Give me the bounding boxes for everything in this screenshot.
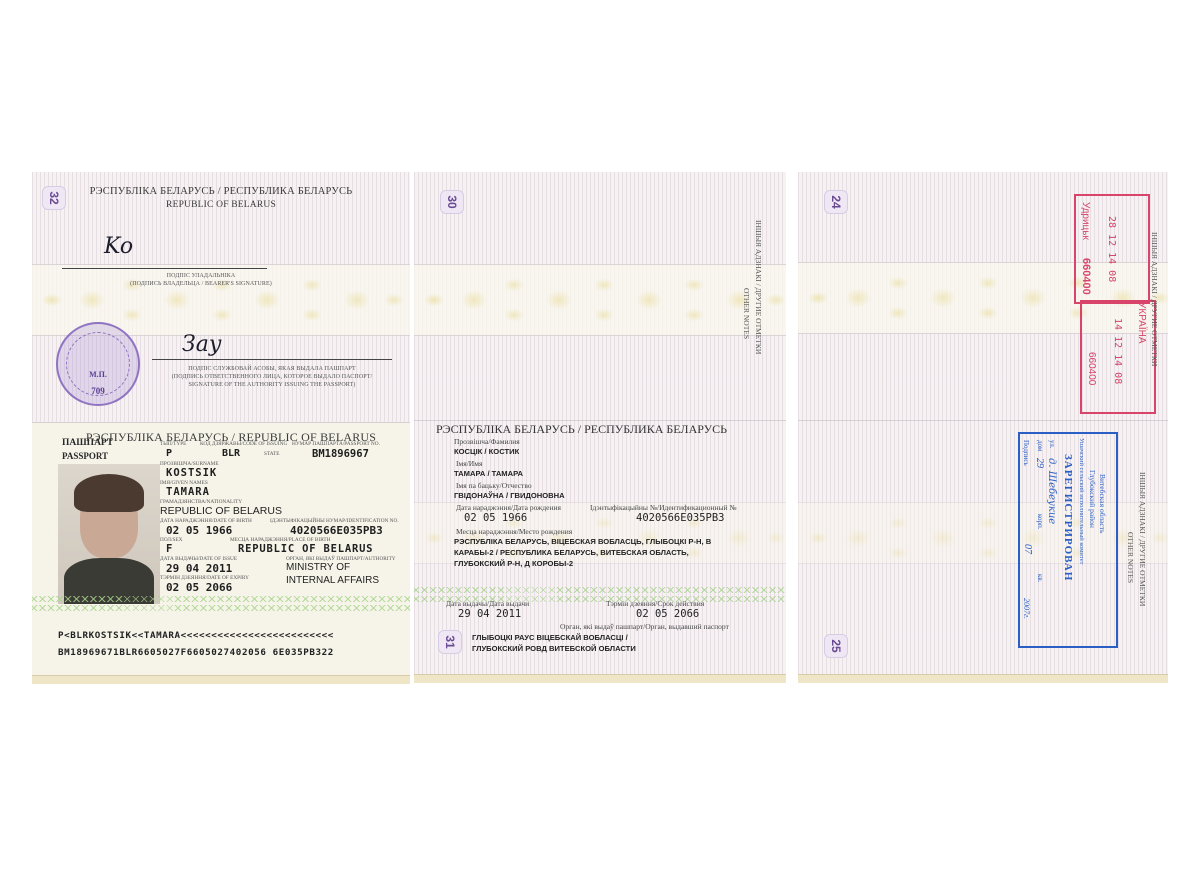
reg-house: 29 <box>1034 458 1045 468</box>
other-notes-en: OTHER NOTES <box>1126 532 1135 583</box>
reg-year: 2007г. <box>1022 598 1031 619</box>
entry-stamp: Удрицьк 660400 28 12 14 08 <box>1074 194 1150 304</box>
reg-region: Витебская область <box>1098 474 1107 533</box>
authority-line-2: INTERNAL AFFAIRS <box>286 575 379 586</box>
date-of-birth: 02 05 1966 <box>166 524 232 537</box>
place-of-birth-3: ГЛУБОКСКИЙ Р-Н, Д КОРОБЫ-2 <box>454 559 573 568</box>
page-number-31: 31 <box>438 630 462 654</box>
date-of-issue: 29 04 2011 <box>166 562 232 575</box>
identification-number: 4020566E035PB3 <box>290 524 383 537</box>
reg-title: ЗАРЕГИСТРИРОВАН <box>1062 454 1074 581</box>
nationality: REPUBLIC OF BELARUS <box>160 505 282 517</box>
mrz-line-1: P<BLRKOSTSIK<<TAMARA<<<<<<<<<<<<<<<<<<<<… <box>58 630 334 641</box>
passport-page-30-31: 30 ІНШЫЯ АДЗНАКІ / ДРУГИЕ ОТМЕТКИ OTHER … <box>414 172 786 683</box>
data-page-header: РЭСПУБЛІКА БЕЛАРУСЬ / РЕСПУБЛИКА БЕЛАРУС… <box>436 422 727 437</box>
page-number-24: 24 <box>824 190 848 214</box>
authority-sig-label-1: ПОДПІС СЛУЖБОВАЙ АСОБЫ, ЯКАЯ ВЫДАЛА ПАШП… <box>152 366 392 372</box>
reg-date: 07 <box>1022 544 1033 554</box>
identification-number: 4020566E035PB3 <box>636 512 725 524</box>
sex: F <box>166 543 172 555</box>
bearer-signature-line <box>62 268 267 269</box>
issuing-authority-1: ГЛЫБОЦКІ РАУС ВІЦЕБСКАЙ ВОБЛАСЦІ / <box>472 633 628 642</box>
place-of-birth-1: РЭСПУБЛІКА БЕЛАРУСЬ, ВІЦЕБСКАЯ ВОБЛАСЦЬ,… <box>454 537 711 546</box>
patronymic: ГВІДОНАЎНА / ГВИДОНОВНА <box>454 491 565 500</box>
given-names: TAMARA <box>166 486 210 498</box>
other-notes-by-ru: ІНШЫЯ АДЗНАКІ / ДРУГИЕ ОТМЕТКИ <box>754 220 763 354</box>
issuing-authority-2: ГЛУБОКСКИЙ РОВД ВИТЕБСКОЙ ОБЛАСТИ <box>472 644 636 653</box>
mrz-line-2: BM18969671BLR6605027F6605027402056 6E035… <box>58 647 334 658</box>
stamp-number: 709 <box>58 386 138 396</box>
bearer-sig-label: ПОДПІС УЛАДАЛЬНІКА <box>32 273 410 279</box>
name: ТАМАРА / ТАМАРА <box>454 469 523 478</box>
other-notes-by-ru: ІНШЫЯ АДЗНАКІ / ДРУГИЕ ОТМЕТКИ <box>1138 472 1147 606</box>
authority-signature-line <box>152 359 392 360</box>
doc-title-en: PASSPORT <box>62 451 108 461</box>
authority-signature: Зау <box>182 332 222 357</box>
registration-stamp: Витебская область Глубокский район Ушачс… <box>1018 432 1118 648</box>
issuing-code: BLR <box>222 448 240 459</box>
page-number-25: 25 <box>824 634 848 658</box>
exit-stamp-country: УКРАЇНА <box>1136 302 1147 344</box>
exit-stamp-date: 14 12 14 08 <box>1112 318 1123 384</box>
reg-street: д. Шебеукие <box>1046 458 1057 524</box>
authority-line-1: MINISTRY OF <box>286 562 350 573</box>
bearer-signature: Ko <box>104 234 133 259</box>
reg-committee: Ушачский сельский исполнительный комитет <box>1078 438 1085 564</box>
passport-number: BM1896967 <box>312 448 369 460</box>
page-header-by-ru: РЭСПУБЛІКА БЕЛАРУСЬ / РЕСПУБЛИКА БЕЛАРУС… <box>32 186 410 197</box>
date-of-expiry: 02 05 2066 <box>166 581 232 594</box>
date-of-issue: 29 04 2011 <box>458 608 521 620</box>
page-number-30: 30 <box>440 190 464 214</box>
doc-title-by: ПАШПАРТ <box>62 438 113 448</box>
page-header-en: REPUBLIC OF BELARUS <box>32 200 410 210</box>
passport-type: P <box>166 448 172 459</box>
other-notes-en: OTHER NOTES <box>742 288 751 339</box>
other-notes-by-ru-top: ІНШЫЯ АДЗНАКІ / ДРУГИЕ ОТМЕТКИ <box>1150 232 1159 366</box>
stamp-mp: М.П. <box>58 370 138 379</box>
place-of-birth-2: КАРАБЫ-2 / РЕСПУБЛИКА БЕЛАРУСЬ, ВИТЕБСКА… <box>454 548 689 557</box>
security-wave <box>32 605 410 611</box>
surname: KOSTSIK <box>166 467 217 479</box>
authority-sig-label-3: SIGNATURE OF THE AUTHORITY ISSUING THE P… <box>152 382 392 388</box>
security-wave <box>32 596 410 602</box>
reg-district: Глубокский район <box>1088 470 1097 528</box>
entry-stamp-date: 28 12 14 08 <box>1106 216 1117 282</box>
date-of-birth: 02 05 1966 <box>464 512 527 524</box>
security-wave <box>414 587 786 593</box>
passport-page-32-33: 32 РЭСПУБЛІКА БЕЛАРУСЬ / РЕСПУБЛИКА БЕЛА… <box>32 172 410 684</box>
holder-photo <box>58 464 160 604</box>
entry-stamp-place: Удрицьк <box>1080 202 1091 240</box>
exit-stamp: 660400 14 12 14 08 УКРАЇНА <box>1080 300 1156 414</box>
authority-sig-label-2: (ПОДПИСЬ ОТВЕТСТВЕННОГО ЛИЦА, КОТОРОЕ ВЫ… <box>152 374 392 380</box>
bearer-sig-label-2: (ПОДПИСЬ ВЛАДЕЛЬЦА / BEARER'S SIGNATURE) <box>32 281 410 287</box>
surname: КОСЦІК / КОСТИК <box>454 447 519 456</box>
date-of-expiry: 02 05 2066 <box>636 608 699 620</box>
entry-stamp-code: 660400 <box>1080 258 1092 295</box>
ornament-band <box>414 264 786 336</box>
round-official-stamp: М.П. 709 <box>56 322 140 406</box>
exit-stamp-code: 660400 <box>1086 352 1097 385</box>
place-of-birth: REPUBLIC OF BELARUS <box>238 543 373 555</box>
passport-page-24-25: 24 Удрицьк 660400 28 12 14 08 660400 14 … <box>798 172 1168 683</box>
